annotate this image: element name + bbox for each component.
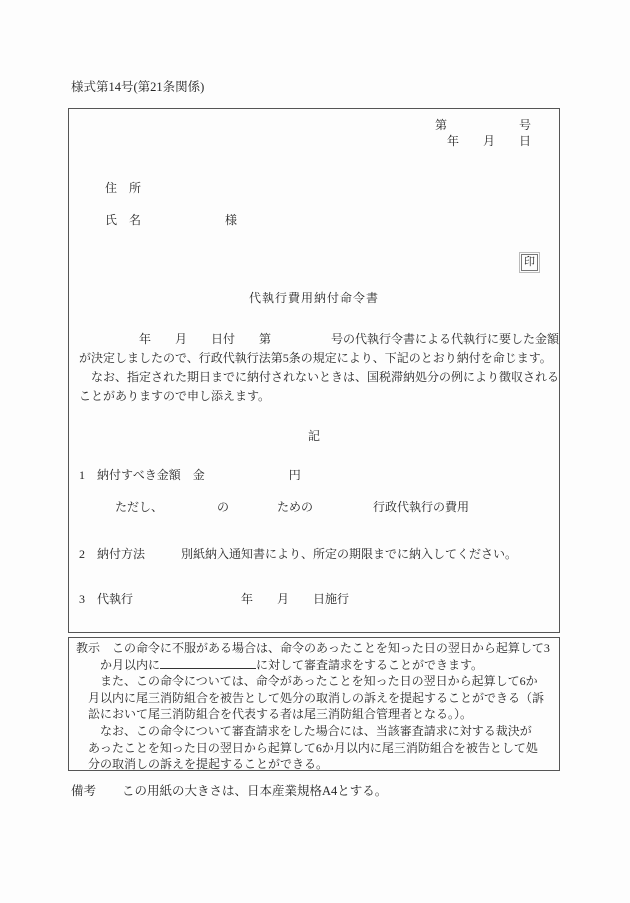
doc-number-line: 第 号 [435,117,531,133]
document-page: 様式第14号(第21条関係) 第 号 年 月 日 住 所 氏 名様 印 代執行費… [0,0,630,903]
appeal-notice-box: 教示 この命令に不服がある場合は、命令のあったことを知った日の翌日から起算して3… [68,637,560,771]
appeal-notice-line: 月以内に尾三消防組合を被告として処分の取消しの訴えを提起することができる（訴 [76,690,552,707]
body-line: ことがありますので申し添えます。 [79,387,553,406]
remark-label: 備考 [71,784,96,798]
fill-in-blank [160,657,256,669]
appeal-notice-line: 訟において尾三消防組合を代表する者は尾三消防組合管理者となる。）。 [76,706,552,723]
body-line: 年 月 日付 第 号の代執行令書による代執行に要した金額 [79,330,553,349]
honorific-label: 様 [225,211,237,228]
payment-amount-note: ただし、 の ための 行政代執行の費用 [79,498,469,515]
body-paragraph: 年 月 日付 第 号の代執行令書による代執行に要した金額 が決定しましたので、行… [79,330,553,406]
name-row: 氏 名様 [105,211,237,228]
address-label: 住 所 [105,179,141,196]
ki-heading: 記 [69,427,559,444]
seal-row: 印 [521,254,538,271]
form-style-label: 様式第14号(第21条関係) [71,77,204,95]
execution-date-item: 3 代執行 年 月 日施行 [79,590,349,607]
remark-row: 備考この用紙の大きさは、日本産業規格A4とする。 [71,781,387,799]
payment-method-item: 2 納付方法 別紙納入通知書により、所定の期限までに納入してください。 [79,545,517,562]
seal-icon: 印 [521,254,538,271]
document-title: 代執行費用納付命令書 [69,289,559,306]
blank-line-before: か月以内に [76,658,160,672]
appeal-notice-line: あったことを知った日の翌日から起算して6か月以内に尾三消防組合を被告として処 [76,740,552,757]
name-label: 氏 名 [105,213,141,227]
doc-header-numbers: 第 号 年 月 日 [435,117,531,149]
blank-line-after: に対して審査請求をすることができます。 [256,658,483,672]
body-line: が決定しましたので、行政代執行法第5条の規定により、下記のとおり納付を命じます。 [79,349,553,368]
appeal-notice-line: 教示 この命令に不服がある場合は、命令のあったことを知った日の翌日から起算して3 [76,640,552,657]
doc-date-line: 年 月 日 [435,133,531,149]
remark-text: この用紙の大きさは、日本産業規格A4とする。 [122,781,387,799]
appeal-notice-line: 分の取消しの訴えを提起することができる。 [76,756,552,773]
body-line: なお、指定された期日までに納付されないときは、国税滞納処分の例により徴収される [79,368,553,387]
appeal-notice-line: なお、この命令について審査請求をした場合には、当該審査請求に対する裁決が [76,723,552,740]
payment-order-form: 第 号 年 月 日 住 所 氏 名様 印 代執行費用納付命令書 年 月 日付 第… [68,108,560,633]
payment-amount-item: 1 納付すべき金額 金 円 [79,466,301,483]
appeal-notice-blank-line: か月以内にに対して審査請求をすることができます。 [76,657,552,674]
appeal-notice-line: また、この命令については、命令があったことを知った日の翌日から起算して6か [76,673,552,690]
